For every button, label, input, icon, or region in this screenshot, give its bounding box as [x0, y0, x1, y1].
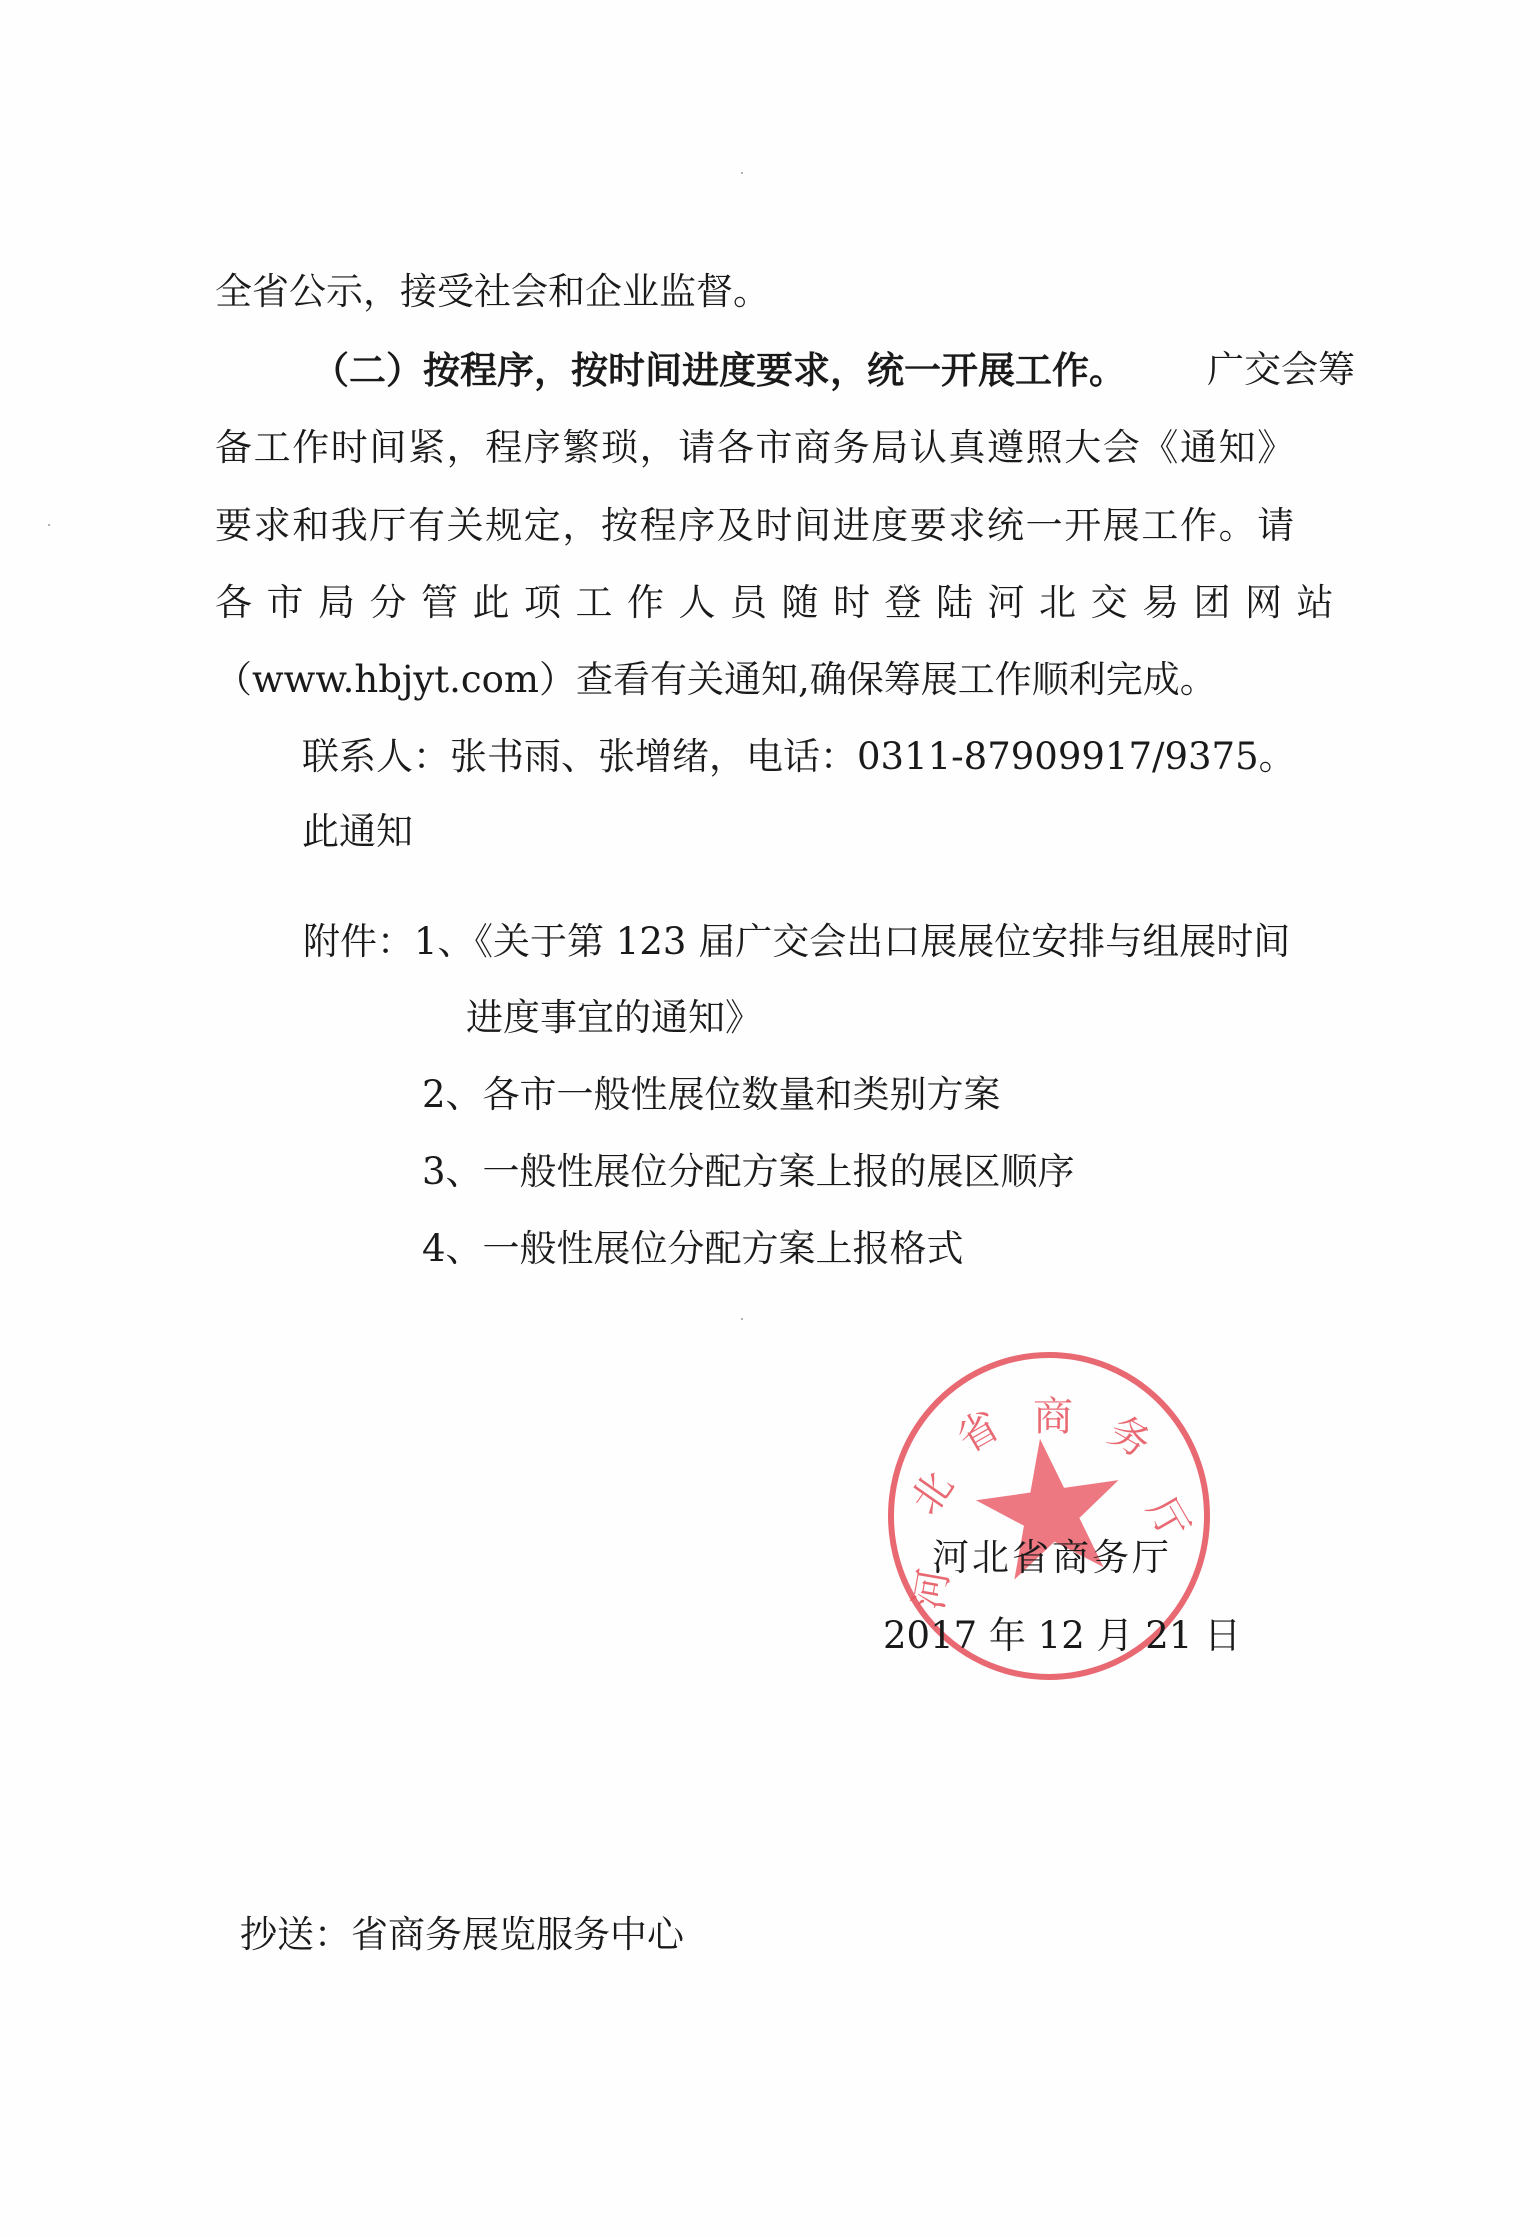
section-two-line: （二）按程序，按时间进度要求，统一开展工作。 广交会筹	[312, 350, 1355, 390]
document-page: 全省公示，接受社会和企业监督。 （二）按程序，按时间进度要求，统一开展工作。 广…	[0, 0, 1540, 2237]
attachment-number-1: 1、	[414, 920, 475, 963]
body-line-1: 全省公示，接受社会和企业监督。	[215, 272, 770, 312]
section-two-heading: （二）按程序，按时间进度要求，统一开展工作。	[312, 350, 1126, 390]
issuer-name: 河北省商务厅	[932, 1538, 1172, 1578]
attachments-label: 附件：	[303, 920, 414, 963]
contact-line: 联系人：张书雨、张增绪，电话：0311-87909917/9375。	[302, 737, 1296, 777]
cc-recipient: 省商务展览服务中心	[351, 1913, 684, 1956]
attachment-title-3: 一般性展位分配方案上报的展区顺序	[483, 1150, 1075, 1193]
svg-text:务: 务	[1101, 1407, 1159, 1467]
attachment-number-2: 2、	[422, 1073, 483, 1116]
attachment-number-3: 3、	[422, 1150, 483, 1193]
body-line-2: 备工作时间紧，程序繁琐，请各市商务局认真遵照大会《通知》	[215, 428, 1355, 468]
attachment-title-1: 《关于第 123 届广交会出口展展位安排与组展时间	[475, 920, 1291, 963]
body-line-5: （www.hbjyt.com）查看有关通知,确保筹展工作顺利完成。	[215, 660, 1217, 700]
attachment-number-4: 4、	[422, 1227, 483, 1270]
issue-date: 2017 年 12 月 21 日	[883, 1616, 1241, 1656]
scan-speck	[741, 172, 743, 174]
attachment-item-3: 3、一般性展位分配方案上报的展区顺序	[422, 1152, 1075, 1192]
attachment-title-2: 各市一般性展位数量和类别方案	[483, 1073, 1001, 1116]
scan-speck	[48, 524, 50, 526]
svg-text:省: 省	[950, 1402, 1008, 1462]
cc-label: 抄送：	[240, 1913, 351, 1956]
attachment-title-1-cont: 进度事宜的通知》	[466, 998, 762, 1038]
body-line-4: 各市局分管此项工作人员随时登陆河北交易团网站	[215, 583, 1355, 623]
section-two-continuation: 广交会筹	[1207, 350, 1355, 390]
attachment-item-2: 2、各市一般性展位数量和类别方案	[422, 1075, 1001, 1115]
svg-text:北: 北	[902, 1464, 963, 1523]
attachment-item-4: 4、一般性展位分配方案上报格式	[422, 1229, 964, 1269]
scan-speck	[741, 1318, 743, 1320]
attachments-header-line: 附件：1、《关于第 123 届广交会出口展展位安排与组展时间	[303, 922, 1290, 962]
attachment-title-4: 一般性展位分配方案上报格式	[483, 1227, 964, 1270]
body-line-3: 要求和我厅有关规定，按程序及时间进度要求统一开展工作。请	[215, 506, 1355, 546]
svg-text:商: 商	[1033, 1394, 1073, 1440]
closing-line: 此通知	[302, 812, 413, 852]
cc-line: 抄送：省商务展览服务中心	[240, 1915, 684, 1955]
